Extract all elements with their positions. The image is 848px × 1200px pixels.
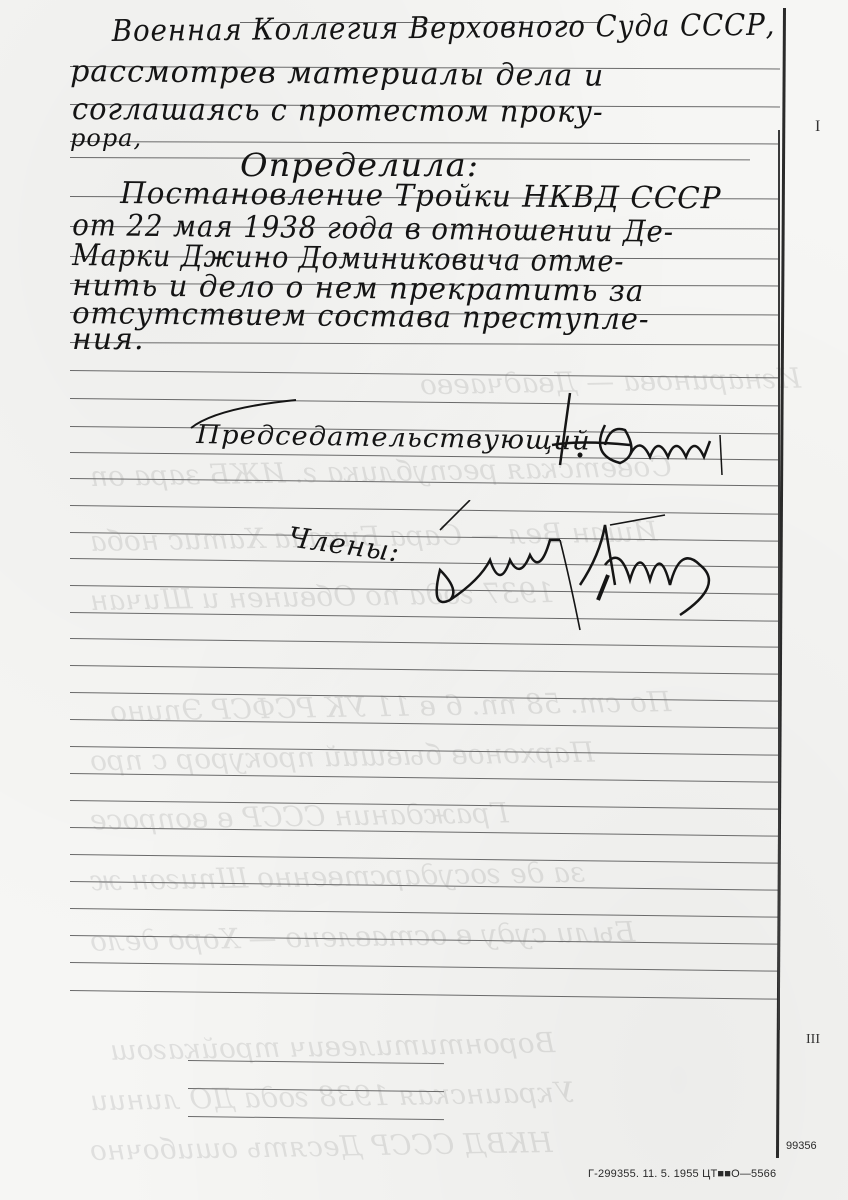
body-line-4: рора, <box>70 124 142 152</box>
body-line-1: Военная Коллегия Верховного Суда СССР, <box>112 8 776 49</box>
ruled-line <box>188 1116 444 1120</box>
chairman-signature <box>510 385 730 475</box>
ruled-line <box>70 773 780 783</box>
ruling-line-6: ния. <box>72 322 144 357</box>
side-number: 99356 <box>786 1140 817 1152</box>
bleed-through-text: за де государственно Шпигон ж <box>90 856 586 898</box>
margin-mark-top: I <box>815 118 820 136</box>
document-page: Игнаринова — Двадчаево Советская республ… <box>0 0 848 1200</box>
member-signature-2 <box>560 505 760 635</box>
ruled-line <box>70 990 780 1000</box>
ruling-line-5: отсутствием состава преступле- <box>72 296 650 337</box>
ruled-line <box>70 908 780 918</box>
ruled-line <box>70 665 780 675</box>
body-line-3: соглашаясь с протестом проку- <box>72 92 604 130</box>
bleed-through-text: Воронтитилевич тройкагош <box>110 1026 556 1067</box>
bleed-through-text: Пархонов бывший прокурор с про <box>90 736 595 778</box>
body-line-2: рассмотрев материалы дела и <box>70 54 604 94</box>
bleed-through-text: НКВД СССР Десять ошибочно <box>90 1126 553 1167</box>
print-code: Г-299355. 11. 5. 1955 ЦТ■■О—5566 <box>588 1168 776 1180</box>
bleed-through-text: Украинская 1938 года ДО линии <box>90 1076 575 1117</box>
ruled-line <box>70 342 780 345</box>
margin-rule <box>778 130 780 1030</box>
chairman-flourish <box>186 398 306 438</box>
margin-mark-bottom: III <box>806 1032 820 1048</box>
ruled-line <box>70 962 780 972</box>
ruled-line <box>70 141 780 144</box>
